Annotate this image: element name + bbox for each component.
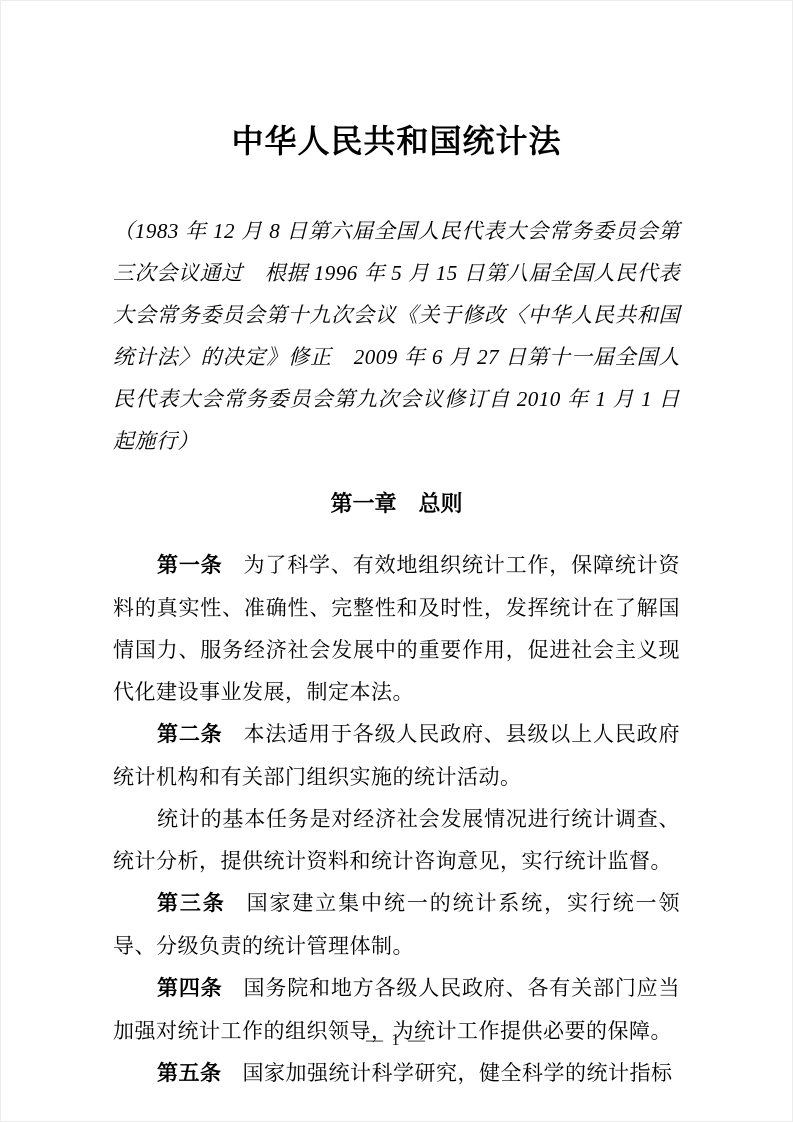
document-content: 中华人民共和国统计法 （1983 年 12 月 8 日第六届全国人民代表大会常务… [1,22,792,1094]
preamble-text: （1983 年 12 月 8 日第六届全国人民代表大会常务委员会第三次会议通过 … [113,210,680,462]
document-title: 中华人民共和国统计法 [113,22,680,164]
document-page: 中华人民共和国统计法 （1983 年 12 月 8 日第六届全国人民代表大会常务… [0,0,793,1122]
article-text: 统计的基本任务是对经济社会发展情况进行统计调查、统计分析，提供统计资料和统计咨询… [113,807,680,873]
article-label: 第三条 [157,892,226,915]
article-paragraph: 第二条本法适用于各级人民政府、县级以上人民政府统计机构和有关部门组织实施的统计活… [113,713,680,798]
article-paragraph: 统计的基本任务是对经济社会发展情况进行统计调查、统计分析，提供统计资料和统计咨询… [113,798,680,882]
article-paragraph: 第三条国家建立集中统一的统计系统，实行统一领导、分级负责的统计管理体制。 [113,882,680,967]
article-label: 第四条 [157,977,223,1000]
article-paragraph: 第一条为了科学、有效地组织统计工作，保障统计资料的真实性、准确性、完整性和及时性… [113,544,680,713]
article-paragraph: 第五条国家加强统计科学研究，健全科学的统计指标 [113,1052,680,1095]
page-number: — 1 — [1,1027,792,1053]
article-text: 国家加强统计科学研究，健全科学的统计指标 [243,1061,673,1085]
article-label: 第一条 [157,554,223,577]
article-label: 第二条 [157,723,223,746]
chapter-heading: 第一章 总则 [113,483,680,525]
article-label: 第五条 [157,1062,222,1085]
